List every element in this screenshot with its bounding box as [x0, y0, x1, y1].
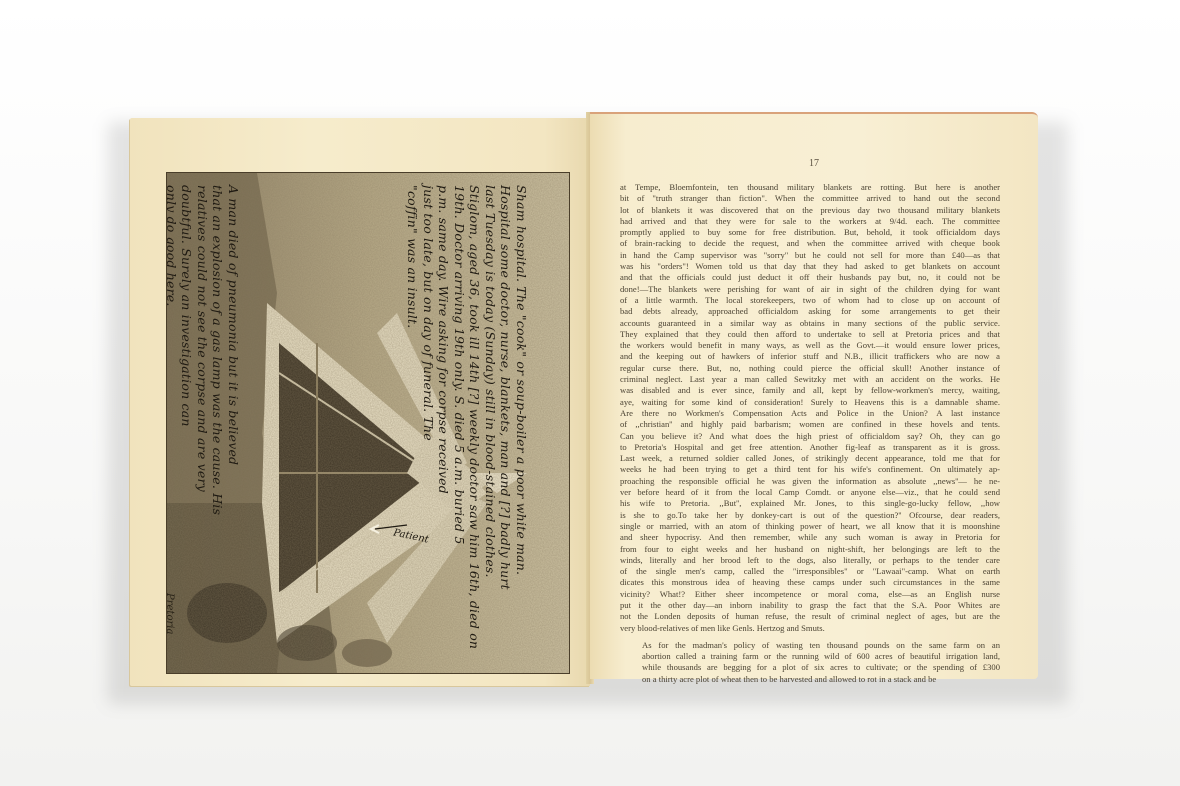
text-line: accounts guaranteed in a similar way as …	[620, 318, 1000, 329]
text-line: was disabled and is ever since, family a…	[620, 385, 1000, 396]
text-line: done!—The blankets were perishing for wa…	[620, 284, 1000, 295]
note-line: last Tuesday is today (Sunday) still in …	[483, 185, 499, 649]
text-line: not the Londen deposits of human refuse,…	[620, 611, 1000, 622]
paragraph-2: As for the madman's policy of wasting te…	[620, 640, 1000, 685]
text-line: promptly applied to buy some for free di…	[620, 227, 1000, 238]
text-line: of ,,christian'' and highly paid barbari…	[620, 419, 1000, 430]
text-line: bad debts already, approached officialdo…	[620, 306, 1000, 317]
text-line: and the keeping out of hawkers of inferi…	[620, 351, 1000, 362]
note-line: Hospital some doctor, nurse, blankets, m…	[498, 185, 514, 649]
text-line: vicinity? What!? Either sheer incompeten…	[620, 589, 1000, 600]
text-line: ver before heard of it from the local Ca…	[620, 487, 1000, 498]
text-line: bit of "truth stranger than fiction". Wh…	[620, 193, 1000, 204]
text-line: of the single men's camp, called the "ir…	[620, 566, 1000, 577]
handwritten-note-bottom: A man died of pneumonia but it is believ…	[166, 185, 241, 515]
text-line: was his "orders"! Women told us that day…	[620, 261, 1000, 272]
corner-stamp: Pretoria	[166, 593, 175, 634]
text-line: lot of blankets it was discovered that o…	[620, 205, 1000, 216]
text-line: from four to eight weeks and her husband…	[620, 544, 1000, 555]
text-line: proaching the responsible official he wa…	[620, 476, 1000, 487]
text-line: single or married, with an atom of think…	[620, 521, 1000, 532]
text-line: criminal neglect. Last year a man called…	[620, 374, 1000, 385]
text-line: while thousands are begging for a plot o…	[620, 662, 1000, 673]
text-line: of a little warmth. The local storekeepe…	[620, 295, 1000, 306]
text-line: his wife to Pretoria. ,,But'', explained…	[620, 498, 1000, 509]
text-line: and that the officials could just deduct…	[620, 272, 1000, 283]
page-number: 17	[590, 158, 1038, 169]
text-line: As for the madman's policy of wasting te…	[620, 640, 1000, 651]
text-line: dicates this monstrous idea of heaving t…	[620, 577, 1000, 588]
note-line: Sham hospital. The "cook" or soup-boiler…	[514, 185, 530, 649]
text-line: weeks he had been trying to get a third …	[620, 464, 1000, 475]
note-line: doubtful. Surely an investigation can	[179, 185, 195, 515]
note-line: p.m. same day. Wire asking for corpse re…	[436, 185, 452, 649]
text-line: is she to go.To take her by donkey-cart …	[620, 510, 1000, 521]
left-page: Sham hospital. The "cook" or soup-boiler…	[130, 118, 590, 686]
note-line: Stiglom, aged 36, took ill 14th [?] week…	[467, 185, 483, 649]
text-line: winds, literally and her brood left to t…	[620, 555, 1000, 566]
text-line: at Tempe, Bloemfontein, ten thousand mil…	[620, 182, 1000, 193]
paragraph-1: at Tempe, Bloemfontein, ten thousand mil…	[620, 182, 1000, 634]
text-line: had arrived and that they were for sale …	[620, 216, 1000, 227]
text-line: regular curse there. But, no, nothing co…	[620, 363, 1000, 374]
article-body: at Tempe, Bloemfontein, ten thousand mil…	[620, 182, 1000, 685]
text-line: put it the other day—an inborn inability…	[620, 600, 1000, 611]
note-line: just too late, but on day of funeral. Th…	[421, 185, 437, 649]
text-line: in hand the Camp supervisor was "sorry" …	[620, 250, 1000, 261]
text-line: Are there no Workmen's Compensation Acts…	[620, 408, 1000, 419]
text-line: They explained that they could then affo…	[620, 329, 1000, 340]
text-line: on a thirty acre plot of wheat then to b…	[620, 674, 1000, 685]
text-line: very blood-relatives of men like Genls. …	[620, 623, 1000, 634]
text-line: of brain-racking to decide the request, …	[620, 238, 1000, 249]
text-line: abortion called a training farm or the r…	[620, 651, 1000, 662]
note-line: relatives could not see the corpse and a…	[195, 185, 211, 515]
photo-scene: Sham hospital. The "cook" or soup-boiler…	[0, 0, 1180, 786]
text-line: aye, waiting for some kind of considerat…	[620, 397, 1000, 408]
tent-photograph: Sham hospital. The "cook" or soup-boiler…	[166, 172, 570, 674]
text-line: and sheer hypocrisy. And then remember, …	[620, 532, 1000, 543]
text-line: the workers would benefit in many ways, …	[620, 340, 1000, 351]
handwritten-note-top: Sham hospital. The "cook" or soup-boiler…	[405, 185, 529, 649]
note-line: "coffin" was an insult.	[405, 185, 421, 649]
text-line: to Pretoria's Hospital and get free atte…	[620, 442, 1000, 453]
right-page: 17 at Tempe, Bloemfontein, ten thousand …	[590, 112, 1038, 679]
note-line: 19th. Doctor arriving 19th only. S. died…	[452, 185, 468, 649]
note-line: A man died of pneumonia but it is believ…	[226, 185, 242, 515]
text-line: Last week, a returned soldier called Jon…	[620, 453, 1000, 464]
note-line: only do good here.	[166, 185, 179, 515]
text-line: Can you believe it? And what does the hi…	[620, 431, 1000, 442]
note-line: that an explosion of a gas lamp was the …	[210, 185, 226, 515]
